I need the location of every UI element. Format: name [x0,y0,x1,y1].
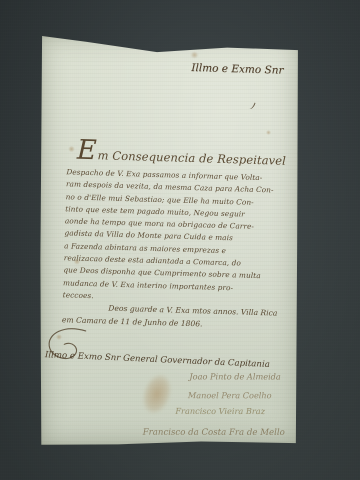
ink-stroke-mark [248,101,255,110]
manuscript-paper: Illmo e Exmo Snr Em Consequencia de Resp… [40,34,300,446]
salutation-heading: Illmo e Exmo Snr [191,62,284,77]
addressee-line: Illmo e Exmo Snr General Governador da C… [45,350,270,370]
signature: Manoel Pera Coelho [188,390,272,400]
valediction: Deos guarde a V. Exa mtos annos. Villa R… [62,300,289,333]
photograph-background: Illmo e Exmo Snr Em Consequencia de Resp… [0,0,360,480]
signature: Joao Pinto de Almeida [189,371,280,381]
signature: Francisco Vieira Braz [176,406,266,416]
handwritten-content: Illmo e Exmo Snr Em Consequencia de Resp… [28,33,300,453]
signature: Francisco da Costa Fra de Mello [143,428,285,438]
letter-body: Em Consequencia de Respeitavel Despacho … [63,138,294,308]
